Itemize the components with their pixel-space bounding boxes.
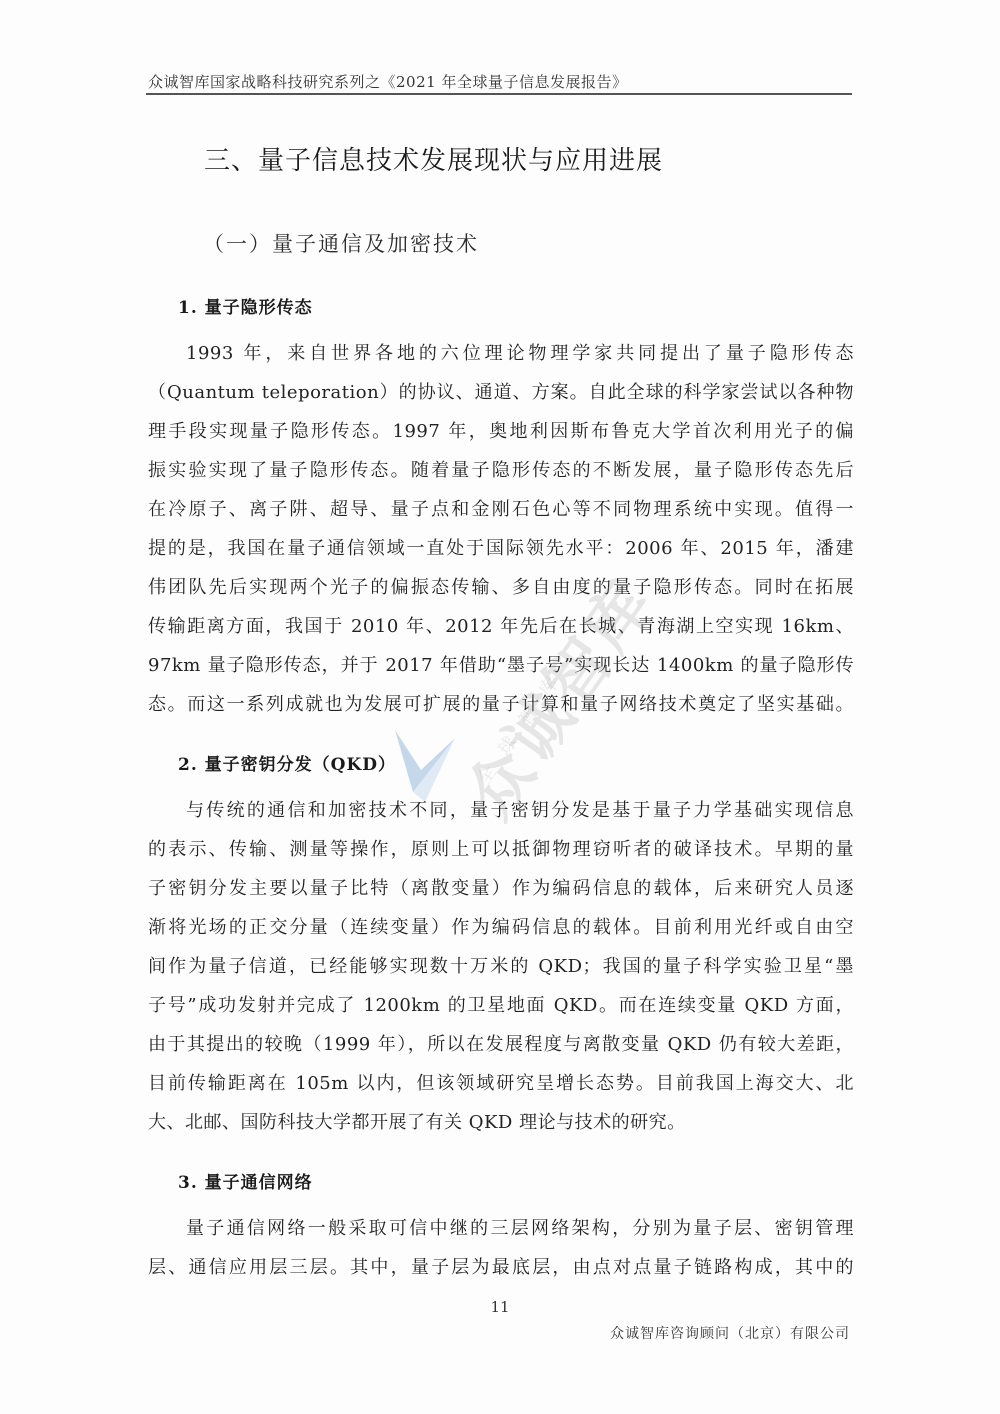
text-line: 1993 年，来自世界各地的六位理论物理学家共同提出了量子隐形传态 xyxy=(148,334,854,373)
header-rule xyxy=(146,93,852,95)
text-line: 在冷原子、离子阱、超导、量子点和金刚石色心等不同物理系统中实现。值得一 xyxy=(148,490,854,529)
text-line: 振实验实现了量子隐形传态。随着量子隐形传态的不断发展，量子隐形传态先后 xyxy=(148,451,854,490)
chapter-title: 三、量子信息技术发展现状与应用进展 xyxy=(204,140,663,177)
text-line: 传输距离方面，我国于 2010 年、2012 年先后在长城、青海湖上空实现 16… xyxy=(148,607,854,646)
text-line: 伟团队先后实现两个光子的偏振态传输、多自由度的量子隐形传态。同时在拓展 xyxy=(148,568,854,607)
footer-company: 众诚智库咨询顾问（北京）有限公司 xyxy=(610,1323,850,1343)
paragraph-quantum-teleportation: 1993 年，来自世界各地的六位理论物理学家共同提出了量子隐形传态 （Quant… xyxy=(148,334,854,724)
text-line: 量子通信网络一般采取可信中继的三层网络架构，分别为量子层、密钥管理 xyxy=(148,1209,854,1248)
subsection-title-1: 1. 量子隐形传态 xyxy=(178,293,313,318)
running-header: 众诚智库国家战略科技研究系列之《2021 年全球量子信息发展报告》 xyxy=(148,71,627,92)
text-line: 子密钥分发主要以量子比特（离散变量）作为编码信息的载体，后来研究人员逐 xyxy=(148,869,854,908)
paragraph-quantum-network: 量子通信网络一般采取可信中继的三层网络架构，分别为量子层、密钥管理 层、通信应用… xyxy=(148,1209,854,1287)
text-line: 层、通信应用层三层。其中，量子层为最底层，由点对点量子链路构成，其中的 xyxy=(148,1248,854,1287)
text-line: 大、北邮、国防科技大学都开展了有关 QKD 理论与技术的研究。 xyxy=(148,1103,854,1142)
text-line: 97km 量子隐形传态，并于 2017 年借助“墨子号”实现长达 1400km … xyxy=(148,646,854,685)
paragraph-qkd: 与传统的通信和加密技术不同，量子密钥分发是基于量子力学基础实现信息 的表示、传输… xyxy=(148,791,854,1142)
subsection-title-3: 3. 量子通信网络 xyxy=(178,1168,313,1193)
document-page: 众诚智库国家战略科技研究系列之《2021 年全球量子信息发展报告》 三、量子信息… xyxy=(0,0,1000,1414)
text-line: 目前传输距离在 105m 以内，但该领域研究呈增长态势。目前我国上海交大、北 xyxy=(148,1064,854,1103)
section-title: （一）量子通信及加密技术 xyxy=(203,228,479,258)
text-line: 态。而这一系列成就也为发展可扩展的量子计算和量子网络技术奠定了坚实基础。 xyxy=(148,685,854,724)
text-line: 的表示、传输、测量等操作，原则上可以抵御物理窃听者的破译技术。早期的量 xyxy=(148,830,854,869)
text-line: 由于其提出的较晚（1999 年），所以在发展程度与离散变量 QKD 仍有较大差距… xyxy=(148,1025,854,1064)
text-line: 渐将光场的正交分量（连续变量）作为编码信息的载体。目前利用光纤或自由空 xyxy=(148,908,854,947)
text-line: 理手段实现量子隐形传态。1997 年，奥地利因斯布鲁克大学首次利用光子的偏 xyxy=(148,412,854,451)
text-line: 间作为量子信道，已经能够实现数十万米的 QKD；我国的量子科学实验卫星“墨 xyxy=(148,947,854,986)
text-line: 与传统的通信和加密技术不同，量子密钥分发是基于量子力学基础实现信息 xyxy=(148,791,854,830)
text-line: （Quantum teleporation）的协议、通道、方案。自此全球的科学家… xyxy=(148,373,854,412)
subsection-title-2: 2. 量子密钥分发（QKD） xyxy=(178,750,396,775)
text-line: 子号”成功发射并完成了 1200km 的卫星地面 QKD。而在连续变量 QKD … xyxy=(148,986,854,1025)
text-line: 提的是，我国在量子通信领域一直处于国际领先水平：2006 年、2015 年，潘建 xyxy=(148,529,854,568)
page-number: 11 xyxy=(0,1298,1000,1316)
